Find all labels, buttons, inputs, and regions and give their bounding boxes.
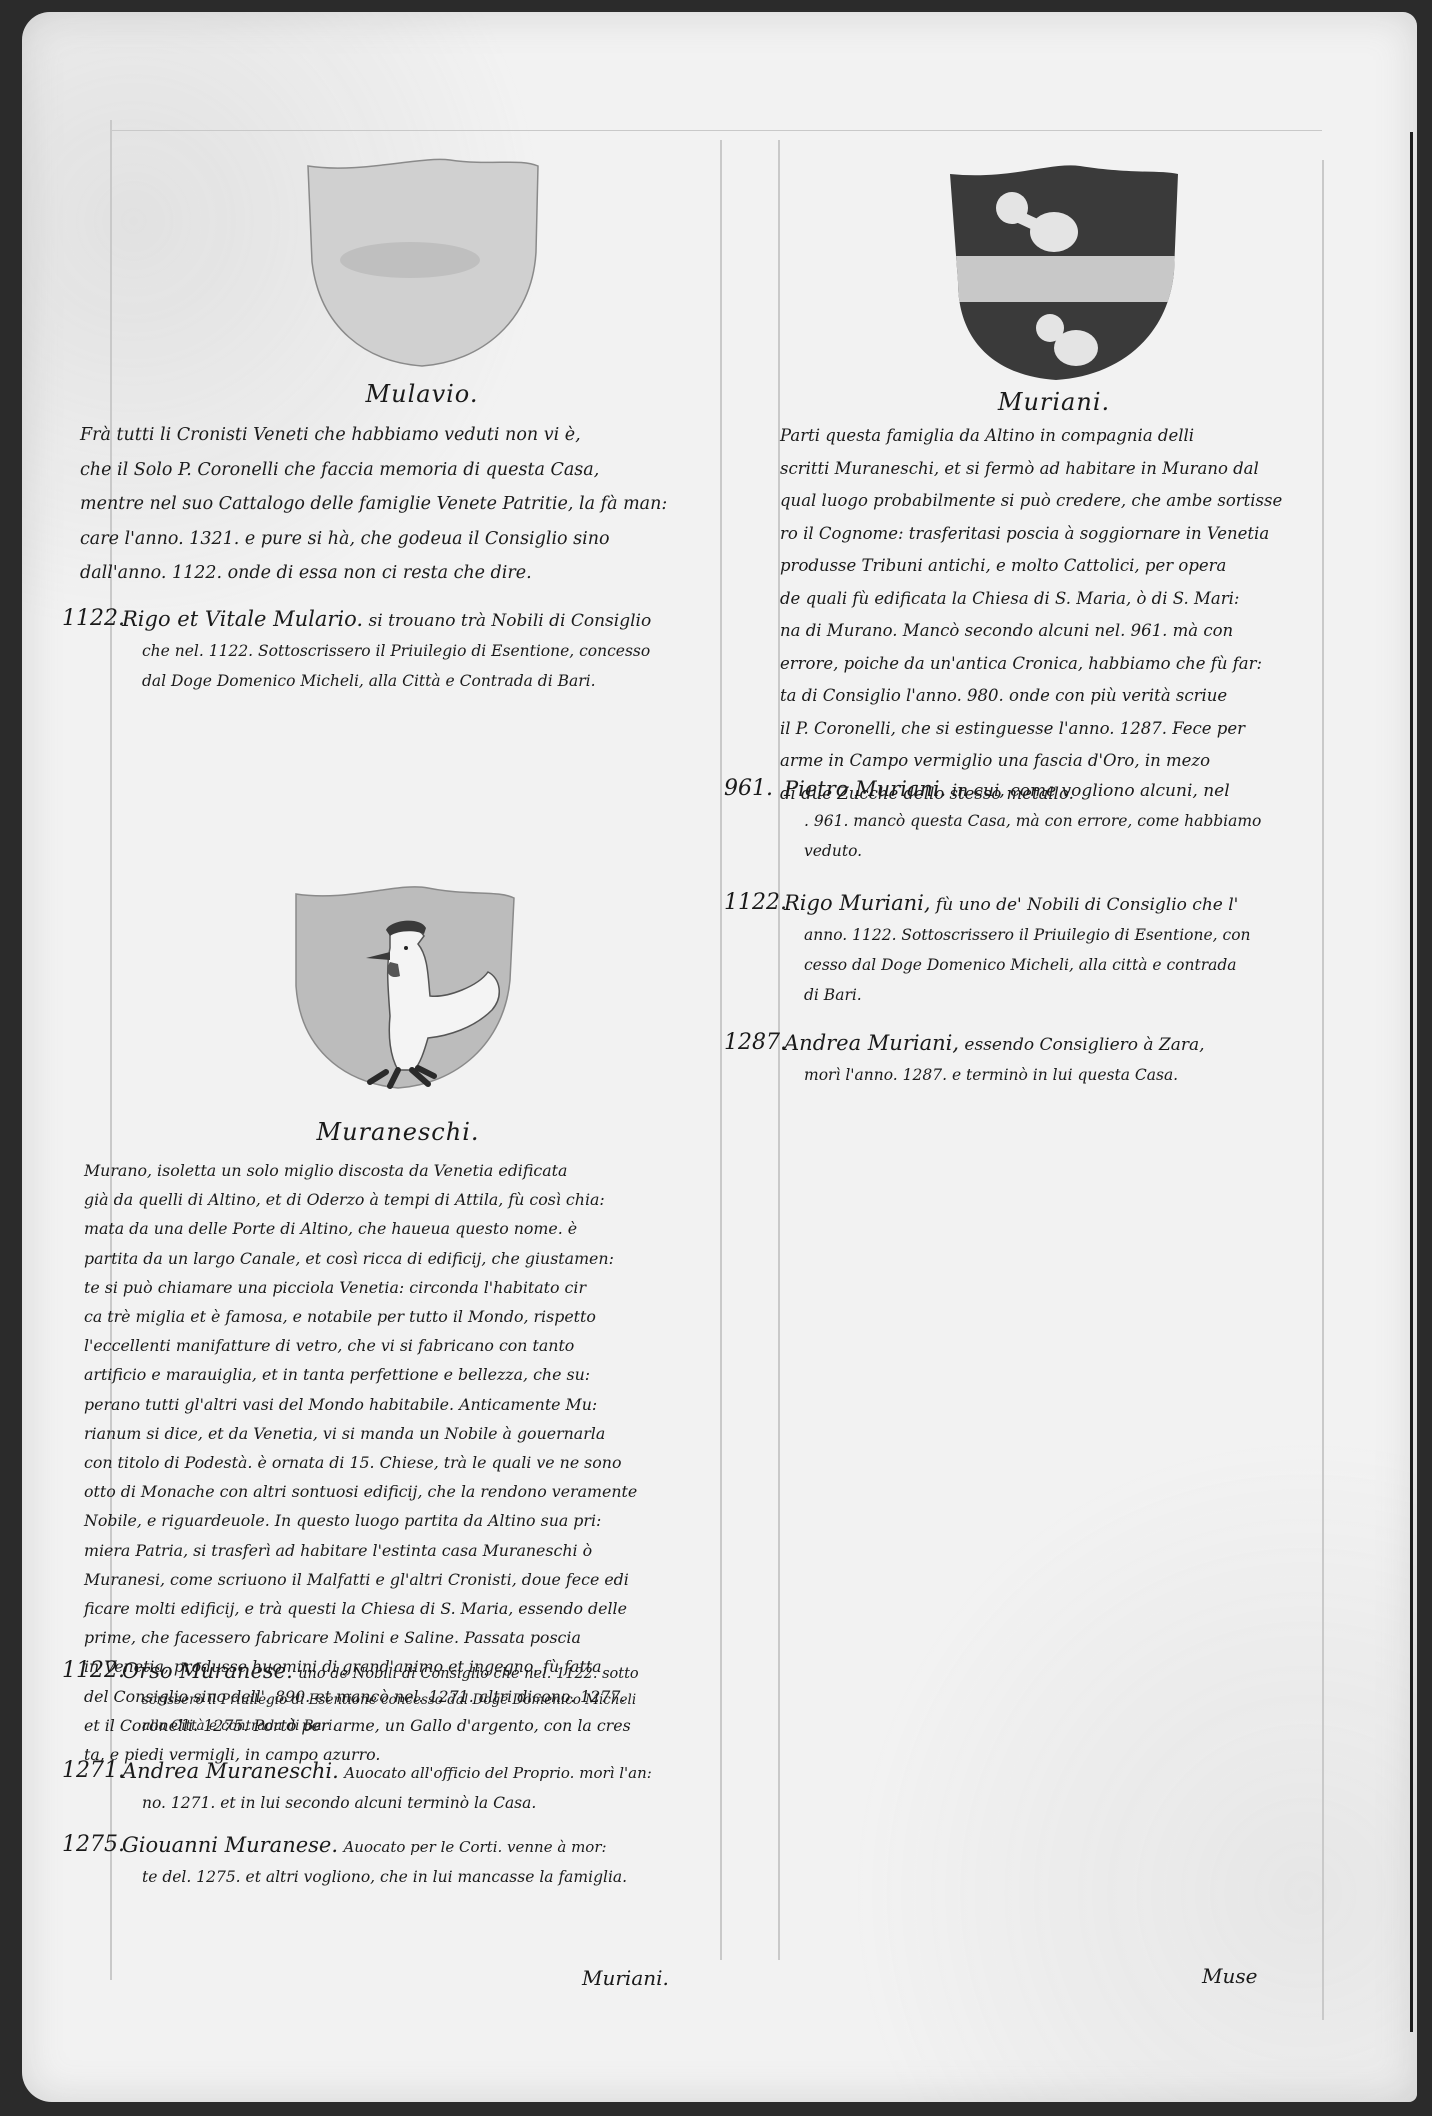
entry-line: fù uno de' Nobili di Consiglio che l' <box>936 895 1238 915</box>
entry-line: veduto. <box>784 836 1324 866</box>
description-line: mentre nel suo Cattalogo delle famiglie … <box>100 487 740 522</box>
entry-line: morì l'anno. 1287. e terminò in lui ques… <box>784 1060 1324 1090</box>
coat-of-arms-mulavio <box>300 152 544 372</box>
member-entry: 1122. Orso Muranese. uno de Nobili di Co… <box>62 1658 742 1739</box>
entry-line: Auocato per le Corti. venne à mor: <box>343 1838 606 1856</box>
description-line: ta di Consiglio l'anno. 980. onde con pi… <box>800 680 1360 713</box>
description-line: ficare molti edificij, e trà questi la C… <box>104 1594 764 1623</box>
entry-line: alla Città e contrada di Bari. <box>122 1713 742 1739</box>
member-entry: 1122. Rigo et Vitale Mulario. si trouano… <box>62 604 702 696</box>
page-binding-edge <box>1410 132 1421 2032</box>
entry-line: uno de Nobili di Consiglio che nel. 1122… <box>298 1666 638 1682</box>
entry-line: si trouano trà Nobili di Consiglio <box>369 611 652 631</box>
description-line: scritti Muraneschi, et si fermò ad habit… <box>800 453 1360 486</box>
description-line: con titolo di Podestà. è ornata di 15. C… <box>104 1448 764 1477</box>
description-line: dall'anno. 1122. onde di essa non ci res… <box>100 556 740 591</box>
entry-year: 1271. <box>62 1756 125 1786</box>
description-line: otto di Monache con altri sontuosi edifi… <box>104 1477 764 1506</box>
description-line: qual luogo probabilmente si può credere,… <box>800 485 1360 518</box>
description-line: te si può chiamare una picciola Venetia:… <box>104 1273 764 1302</box>
entry-line: cesso dal Doge Domenico Micheli, alla ci… <box>784 950 1324 980</box>
description-line: l'eccellenti manifatture di vetro, che v… <box>104 1331 764 1360</box>
ruled-line-top <box>110 130 1322 131</box>
entry-year: 1275. <box>62 1830 125 1860</box>
description-line: partita da un largo Canale, et così ricc… <box>104 1244 764 1273</box>
member-entry: 1287. Andrea Muriani, essendo Consiglier… <box>724 1028 1324 1090</box>
entry-year: 1122. <box>724 888 787 918</box>
description-line: errore, poiche da un'antica Cronica, hab… <box>800 648 1360 681</box>
catchword-left: Muriani. <box>582 1966 669 1990</box>
entry-line: . 961. mancò questa Casa, mà con errore,… <box>784 806 1324 836</box>
description-line: Muranesi, come scriuono il Malfatti e gl… <box>104 1565 764 1594</box>
description-line: prime, che facessero fabricare Molini e … <box>104 1623 764 1652</box>
description-line: miera Patria, si trasferì ad habitare l'… <box>104 1536 764 1565</box>
description-line: rianum si dice, et da Venetia, vi si man… <box>104 1419 764 1448</box>
family-description-muriani: Parti questa famiglia da Altino in compa… <box>780 420 1360 810</box>
entry-name: Rigo et Vitale Mulario. <box>122 607 363 631</box>
family-title-mulavio: Mulavio. <box>292 380 552 408</box>
entry-name: Rigo Muriani, <box>784 891 931 915</box>
entry-line: dal Doge Domenico Micheli, alla Città e … <box>122 666 702 696</box>
manuscript-page: Mulavio. Frà tutti li Cronisti Veneti ch… <box>22 12 1417 2102</box>
family-description-mulavio: Frà tutti li Cronisti Veneti che habbiam… <box>80 418 740 591</box>
description-line: Nobile, e riguardeuole. In questo luogo … <box>104 1506 764 1535</box>
coat-of-arms-muriani <box>930 152 1180 382</box>
entry-line: scrissero il Priuilegio di Esentione con… <box>122 1687 742 1713</box>
entry-line: essendo Consigliero à Zara, <box>964 1035 1204 1055</box>
entry-line: che nel. 1122. Sottoscrissero il Priuile… <box>122 636 702 666</box>
entry-line: anno. 1122. Sottoscrissero il Priuilegio… <box>784 920 1324 950</box>
description-line: Parti questa famiglia da Altino in compa… <box>800 420 1360 453</box>
description-line: il P. Coronelli, che si estinguesse l'an… <box>800 713 1360 746</box>
description-line: mata da una delle Porte di Altino, che h… <box>104 1214 764 1243</box>
description-line: ca trè miglia et è famosa, e notabile pe… <box>104 1302 764 1331</box>
description-line: arme in Campo vermiglio una fascia d'Oro… <box>800 745 1360 778</box>
description-line: care l'anno. 1321. e pure si hà, che god… <box>100 522 740 557</box>
entry-name: Andrea Muriani, <box>784 1031 959 1055</box>
member-entry: 1122. Rigo Muriani, fù uno de' Nobili di… <box>724 888 1324 1010</box>
entry-line: te del. 1275. et altri vogliono, che in … <box>122 1862 742 1892</box>
description-line: artificio e marauiglia, et in tanta perf… <box>104 1360 764 1389</box>
description-line: perano tutti gl'altri vasi del Mondo hab… <box>104 1390 764 1419</box>
entry-year: 1122. <box>62 604 125 634</box>
family-title-muraneschi: Muraneschi. <box>278 1118 518 1146</box>
family-title-muriani: Muriani. <box>934 388 1174 416</box>
member-entry: 1271. Andrea Muraneschi. Auocato all'off… <box>62 1756 742 1818</box>
description-line: già da quelli di Altino, et di Oderzo à … <box>104 1185 764 1214</box>
entry-name: Orso Muranese. <box>122 1659 293 1683</box>
entry-line: no. 1271. et in lui secondo alcuni termi… <box>122 1788 742 1818</box>
entry-line: in cui, come vogliono alcuni, nel <box>952 781 1230 801</box>
description-line: che il Solo P. Coronelli che faccia memo… <box>100 453 740 488</box>
entry-year: 1287. <box>724 1028 787 1058</box>
description-line: produsse Tribuni antichi, e molto Cattol… <box>800 550 1360 583</box>
entry-year: 961. <box>724 774 773 804</box>
description-line: de quali fù edificata la Chiesa di S. Ma… <box>800 583 1360 616</box>
entry-name: Andrea Muraneschi. <box>122 1759 339 1783</box>
entry-line: di Bari. <box>784 980 1324 1010</box>
description-line: ro il Cognome: trasferitasi poscia à sog… <box>800 518 1360 551</box>
member-entry: 961. Pietro Muriani. in cui, come voglio… <box>724 774 1324 866</box>
description-line: na di Murano. Mancò secondo alcuni nel. … <box>800 615 1360 648</box>
catchword-right: Muse <box>1202 1964 1257 1988</box>
member-entry: 1275. Giouanni Muranese. Auocato per le … <box>62 1830 742 1892</box>
entry-name: Pietro Muriani. <box>784 777 946 801</box>
entry-line: Auocato all'officio del Proprio. morì l'… <box>344 1764 652 1782</box>
coat-of-arms-muraneschi <box>278 876 518 1096</box>
description-line: Murano, isoletta un solo miglio discosta… <box>104 1156 764 1185</box>
entry-year: 1122. <box>62 1658 125 1684</box>
description-line: Frà tutti li Cronisti Veneti che habbiam… <box>100 418 740 453</box>
entry-name: Giouanni Muranese. <box>122 1833 338 1857</box>
